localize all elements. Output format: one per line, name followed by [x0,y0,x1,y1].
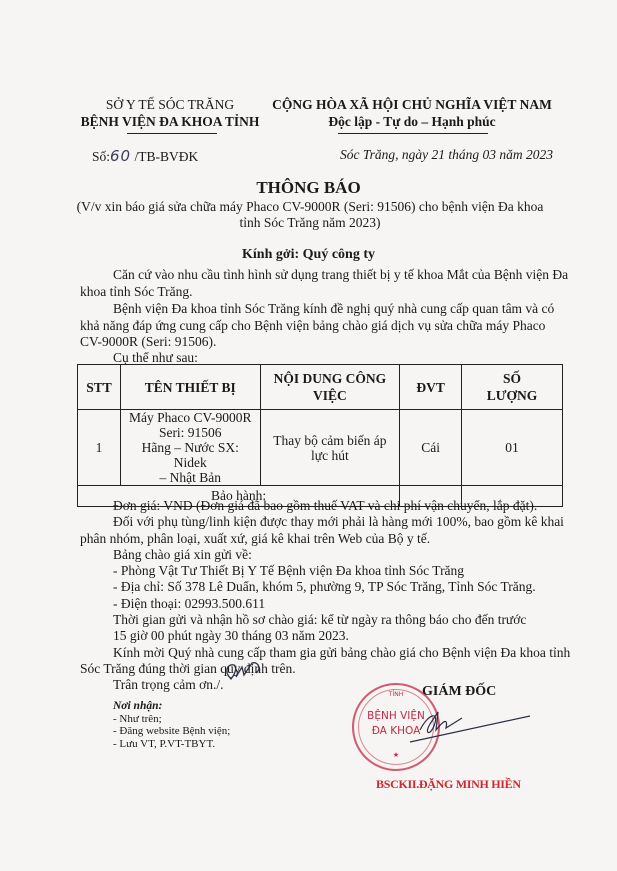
col-header-work: NỘI DUNG CÔNG VIỆC [260,365,400,410]
signer-position: GIÁM ĐỐC [422,684,496,700]
initials-scribble-icon [222,659,272,683]
paragraph-basis: Căn cứ vào nhu cầu tình hình sử dụng tra… [80,267,570,300]
invitation-line2: Sóc Trăng đúng thời gian quy định trên. [80,661,570,677]
stamp-star-icon: ★ [354,751,438,759]
document-title: THÔNG BÁO [0,178,617,198]
recipient-item: - Đăng website Bệnh viện; [113,725,230,738]
device-name: Máy Phaco CV-9000R [124,410,257,425]
send-to-department: - Phòng Vật Tư Thiết Bị Y Tế Bệnh viện Đ… [80,563,570,579]
cell-unit: Cái [400,410,462,486]
country-name: CỘNG HÒA XÃ HỘI CHỦ NGHĨA VIỆT NAM [262,96,562,113]
parts-requirement-line2: phân nhóm, phân loại, xuất xứ, giá kê kh… [80,531,570,547]
national-heading-block: CỘNG HÒA XÃ HỘI CHỦ NGHĨA VIỆT NAM Độc l… [262,96,562,130]
device-origin: – Nhật Bản [124,470,257,485]
place-and-date: Sóc Trăng, ngày 21 tháng 03 năm 2023 [340,147,553,163]
doc-number-prefix: Số: [92,149,110,164]
recipient-item: - Lưu VT, P.VT-TBYT. [113,738,230,751]
national-motto: Độc lập - Tự do – Hạnh phúc [262,113,562,130]
device-serial: Seri: 91506 [124,425,257,440]
agency-underline [127,133,217,134]
recipients-block: Nơi nhận: - Như trên; - Đăng website Bện… [113,700,230,750]
signer-name: BSCKII.ĐẶNG MINH HIỀN [376,777,521,792]
paragraph-request-text: Bệnh viện Đa khoa tỉnh Sóc Trăng kính đề… [80,301,554,349]
send-to-phone: - Điện thoại: 02993.500.611 [80,596,570,612]
table-row: 1 Máy Phaco CV-9000R Seri: 91506 Hãng – … [78,410,563,486]
doc-number-handwritten: 60 [110,147,131,165]
cell-quantity: 01 [462,410,563,486]
greeting: Kính gởi: Quý công ty [0,247,617,263]
deadline-line2: 15 giờ 00 phút ngày 30 tháng 03 năm 2023… [80,628,570,644]
col-header-unit: ĐVT [400,365,462,410]
col-header-stt: STT [78,365,121,410]
col-header-quantity: SỐ LƯỢNG [462,365,563,410]
hospital-name: BỆNH VIỆN ĐA KHOA TỈNH [60,113,280,130]
issuing-agency-block: SỞ Y TẾ SÓC TRĂNG BỆNH VIỆN ĐA KHOA TỈNH [60,96,280,130]
document-number: Số:60 /TB-BVĐK [92,147,198,165]
deadline-line1: Thời gian gửi và nhận hồ sơ chào giá: kể… [80,612,570,628]
signature-icon [400,700,540,750]
thanks-line: Trân trọng cảm ơn./. [80,677,570,693]
parts-requirement-line1: Đối với phụ tùng/linh kiện được thay mới… [80,514,570,530]
work-table: STT TÊN THIẾT BỊ NỘI DUNG CÔNG VIỆC ĐVT … [77,364,563,507]
paragraph-basis-text: Căn cứ vào nhu cầu tình hình sử dụng tra… [80,267,568,299]
send-to-label: Bảng chào giá xin gửi về: [80,547,570,563]
cell-stt: 1 [78,410,121,486]
unit-price-note: Đơn giá: VND (Đơn giá đã bao gồm thuế VA… [80,498,570,514]
cell-device: Máy Phaco CV-9000R Seri: 91506 Hãng – Nư… [120,410,260,486]
table-header-row: STT TÊN THIẾT BỊ NỘI DUNG CÔNG VIỆC ĐVT … [78,365,563,410]
cell-work: Thay bộ cảm biến áp lực hút [260,410,400,486]
recipient-item: - Như trên; [113,713,230,726]
agency-name: SỞ Y TẾ SÓC TRĂNG [60,96,280,113]
send-to-address: - Địa chỉ: Số 378 Lê Duẩn, khóm 5, phườn… [80,579,570,595]
document-subject: (V/v xin báo giá sửa chữa máy Phaco CV-9… [75,199,545,231]
motto-underline [338,133,488,134]
recipients-title: Nơi nhận: [113,700,230,713]
doc-number-suffix: /TB-BVĐK [131,149,198,164]
device-manufacturer: Hãng – Nước SX: Nidek [124,440,257,470]
details-block: Đơn giá: VND (Đơn giá đã bao gồm thuế VA… [80,498,570,694]
paragraph-request: Bệnh viện Đa khoa tỉnh Sóc Trăng kính đề… [80,301,570,351]
invitation-line1: Kính mời Quý nhà cung cấp tham gia gửi b… [80,645,570,661]
col-header-device: TÊN THIẾT BỊ [120,365,260,410]
